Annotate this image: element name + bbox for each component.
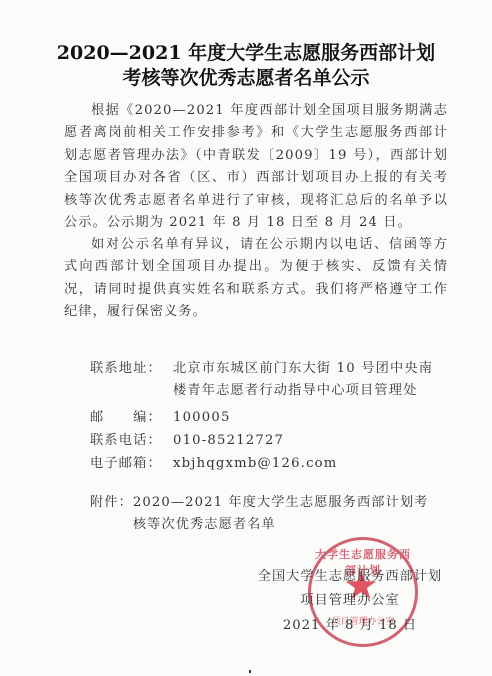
body-paragraph-1: 根据《2020—2021 年度西部计划全国项目服务期满志愿者离岗前相关工作安排参… [64,100,448,234]
document-title-line1: 2020—2021 年度大学生志愿服务西部计划 [0,38,492,65]
phone-value: 010-85212727 [173,433,284,448]
attachment-label: 附件： [90,495,133,510]
attachment-note: 附件：2020—2021 年度大学生志愿服务西部计划考核等次优秀志愿者名单 [90,492,450,536]
document-page: 2020—2021 年度大学生志愿服务西部计划 考核等次优秀志愿者名单公示 根据… [0,0,492,676]
signature-org-line2: 项目管理办公室 [250,589,450,608]
address-value: 北京市东城区前门东大街 10 号团中央南楼青年志愿者行动指导中心项目管理处 [173,358,443,402]
page-mark [249,670,251,673]
zip-value: 100005 [173,410,231,425]
phone-label: 联系电话： [90,429,173,448]
zip-label: 邮 编： [90,406,173,425]
attachment-value: 2020—2021 年度大学生志愿服务西部计划考核等次优秀志愿者名单 [133,492,433,536]
body-paragraph-2: 如对公示名单有异议，请在公示期内以电话、信函等方式向西部计划全国项目办提出。为便… [64,234,448,324]
document-title-line2: 考核等次优秀志愿者名单公示 [0,63,492,90]
contact-zip: 邮 编：100005 [90,406,231,425]
contact-phone: 联系电话：010-85212727 [90,429,284,448]
signature-org-line1: 全国大学生志愿服务西部计划 [250,565,450,584]
contact-address: 联系地址：北京市东城区前门东大街 10 号团中央南楼青年志愿者行动指导中心项目管… [90,358,450,402]
signature-date: 2021 年 8 月 18 日 [250,614,450,633]
address-label: 联系地址： [90,358,173,380]
email-value: xbjhqgxmb@126.com [173,456,338,471]
contact-email: 电子邮箱：xbjhqgxmb@126.com [90,452,338,471]
email-label: 电子邮箱： [90,452,173,471]
